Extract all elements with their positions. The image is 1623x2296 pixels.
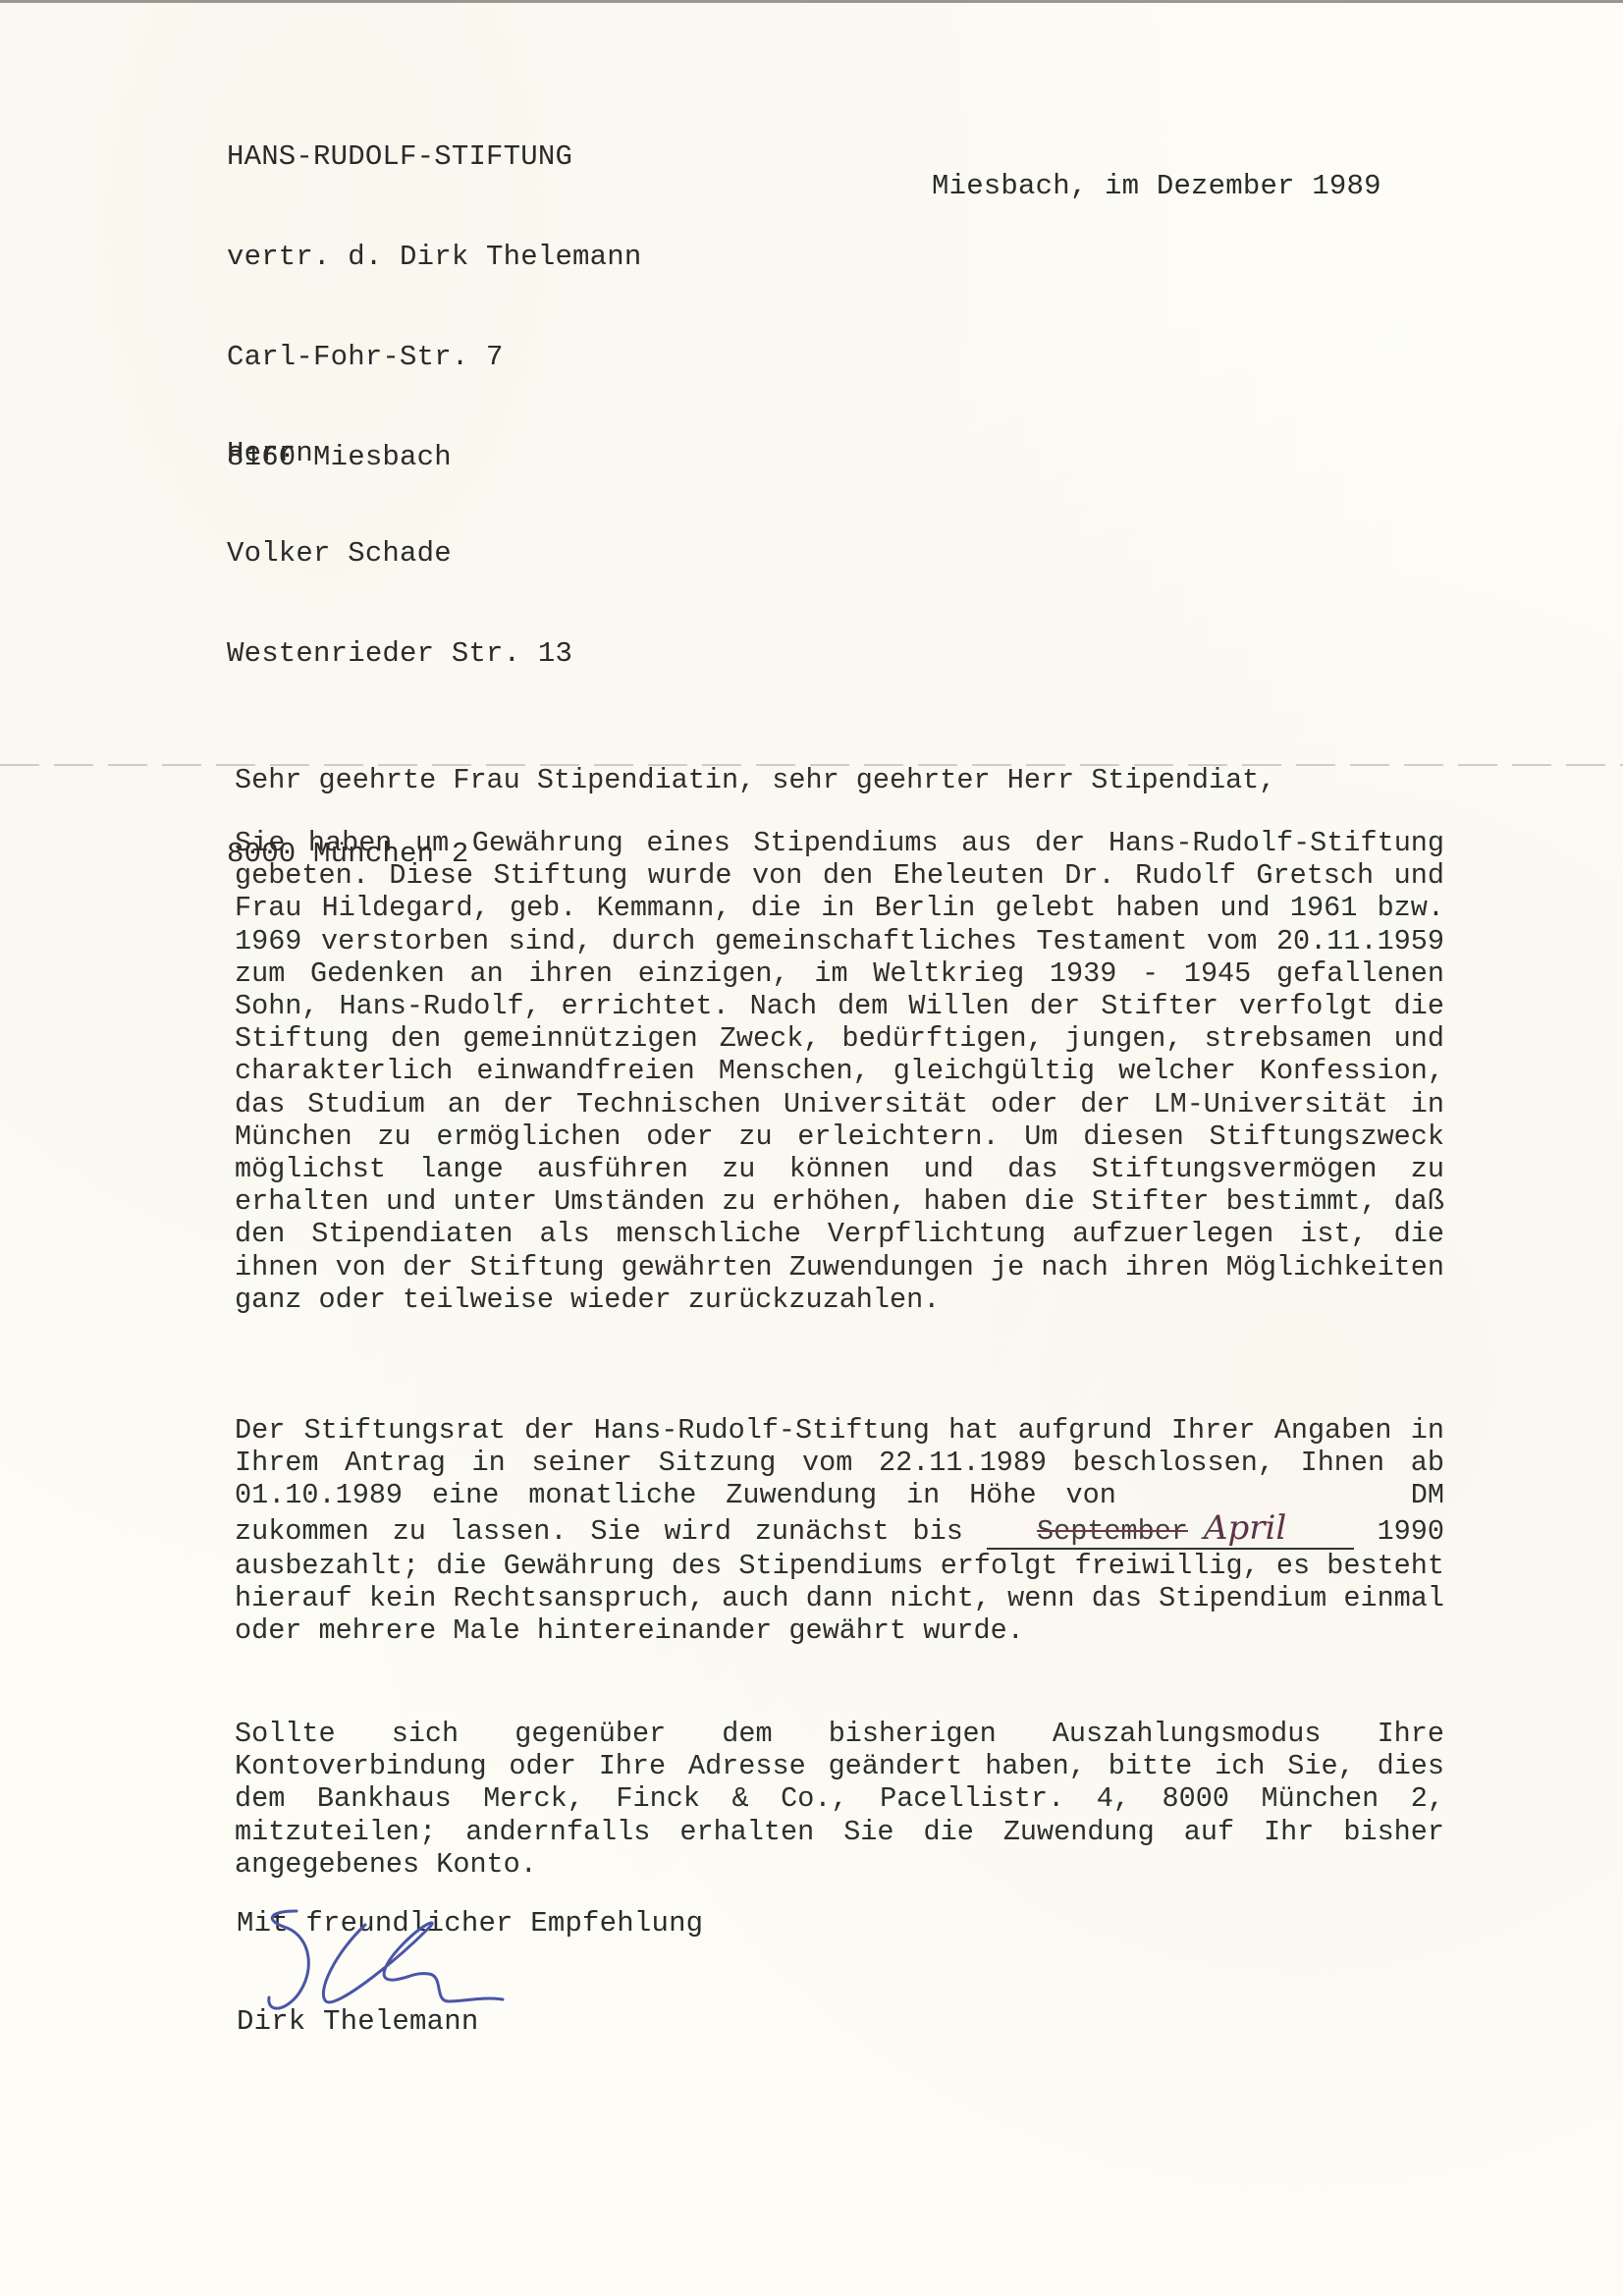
handwritten-month-correction: April	[1204, 1508, 1286, 1548]
paragraph-3-text: Sollte sich gegenüber dem bisherigen Aus…	[235, 1718, 1444, 1881]
sender-street: Carl-Fohr-Str. 7	[227, 341, 641, 374]
paragraph-bank-details: Sollte sich gegenüber dem bisherigen Aus…	[235, 1718, 1444, 1881]
paragraph-1-text: Sie haben um Gewährung eines Stipendiums…	[235, 827, 1444, 1316]
recipient-name: Volker Schade	[227, 537, 572, 571]
end-month-field: SeptemberApril	[987, 1512, 1354, 1550]
letter-salutation: Sehr geehrte Frau Stipendiatin, sehr gee…	[235, 764, 1444, 796]
paragraph-foundation-history: Sie haben um Gewährung eines Stipendiums…	[235, 827, 1444, 1316]
recipient-street: Westenrieder Str. 13	[227, 637, 572, 671]
paragraph-grant-decision: Der Stiftungsrat der Hans-Rudolf-Stiftun…	[235, 1414, 1444, 1647]
letter-date: Miesbach, im Dezember 1989	[932, 170, 1381, 203]
page-top-edge	[0, 0, 1623, 3]
sender-representative: vertr. d. Dirk Thelemann	[227, 241, 641, 274]
handwritten-signature	[257, 1903, 552, 2021]
struck-month: September	[1037, 1515, 1188, 1548]
sender-organization: HANS-RUDOLF-STIFTUNG	[227, 140, 641, 174]
recipient-address: Herrn Volker Schade Westenrieder Str. 13…	[227, 370, 572, 904]
salutation-text: Sehr geehrte Frau Stipendiatin, sehr gee…	[235, 764, 1444, 796]
signer-name: Dirk Thelemann	[237, 2005, 478, 2039]
grant-decision-intro: Der Stiftungsrat der Hans-Rudolf-Stiftun…	[235, 1414, 1444, 1511]
recipient-salutation: Herrn	[227, 437, 572, 470]
paragraph-2-text: Der Stiftungsrat der Hans-Rudolf-Stiftun…	[235, 1414, 1444, 1647]
